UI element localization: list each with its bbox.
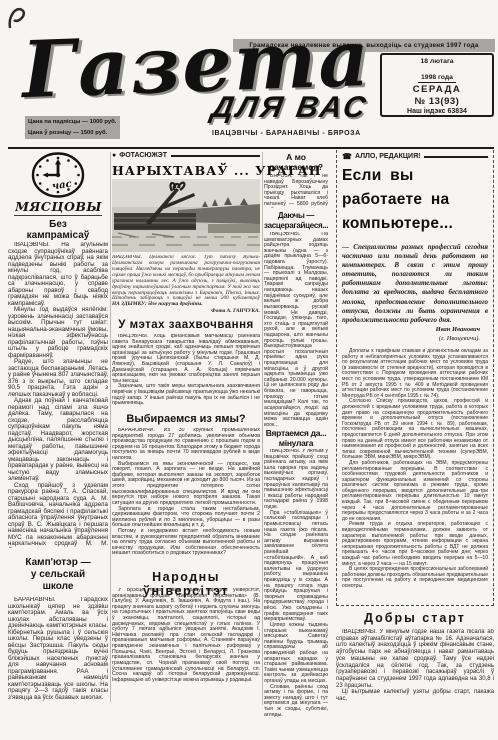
article-title: А мо дачакаемся? [264, 152, 328, 172]
issue-number: № 13(93) [382, 96, 492, 107]
paragraph: Потому и неудержимо встает необходимость… [112, 529, 260, 557]
article-title: У мэтах заахвочвання [112, 319, 260, 331]
signature-name: Иван Иванович [342, 325, 480, 334]
photo-rubric: ● ФОТАСЮЖЭТ [112, 152, 260, 159]
paragraph: БАРАНАВІЧЫ. Гарадскіх школьнікаў цяпер н… [8, 597, 108, 701]
paragraph: Цяпер кожны тыдзень старшыні выканкамаў … [264, 623, 328, 685]
storm-logging-photo [112, 179, 260, 252]
paragraph: Аднак да поўнай і канчатковай перамогі н… [8, 398, 108, 483]
paragraph: БЯРОЗА. Так і не наведаў Бярозаўшчыну Пр… [264, 174, 328, 208]
column-separator [262, 152, 263, 705]
article-title: Без кампрамісаў [18, 219, 98, 241]
paragraph: ІВАЦЭВІЧЫ. На агульным сходзе супрацоўні… [8, 242, 108, 307]
article-body: БЯРОЗА. Так і не наведаў Бярозаўшчыну Пр… [264, 174, 328, 208]
article-title: Добры старт [336, 611, 494, 625]
article-title: Даючы — засцерагайцеся... [264, 211, 328, 230]
main-headline: Если вы работаете на компьютере... [342, 164, 488, 236]
price-box: Цана па падпісцы — 1000 руб. Цана ў розн… [25, 116, 120, 139]
paragraph: Для работников, работающих на ЭВМ, преду… [342, 461, 488, 523]
divider [14, 215, 102, 216]
paragraph: ІВАЦЭВІЧЫ. У мінулым годзе наша газета п… [336, 629, 494, 689]
issue-weekday: СЕРАДА [382, 84, 492, 96]
cities-line: ІВАЦЭВІЧЫ - БАРАНАВІЧЫ - БЯРОЗА [212, 130, 402, 137]
rubric-line [424, 156, 488, 158]
paragraph: Ці вытрымае калектыў узяты добры старт, … [336, 689, 494, 702]
issue-info-box: 18 лютага 1998 года СЕРАДА № 13(93) Наш … [380, 53, 494, 117]
newspaper-page: Грамадскае незалежнае выданне, выходзіць… [0, 0, 498, 740]
article-body: ІВАЦЭВІЧЫ. Хоць фінансавыя магчымасці ра… [112, 334, 260, 411]
editor-answer: Доплаты к тарифным ставкам и должностным… [342, 349, 488, 590]
photo-caption-note: НА ЗДЫМКУ: ідзе нагрузка драўніны. [112, 301, 260, 307]
article-body: БАРАНАВІЧЫ. Гарадскіх школьнікаў цяпер н… [8, 597, 108, 719]
reader-question: — Специалисты разных профессий сегодня ч… [342, 243, 488, 325]
article-body: ІВАЦЭВІЧЫ. У мінулым годзе наша газета п… [336, 629, 494, 715]
paragraph: Сход прайшоў з удзелам пракурора раёна Т… [8, 483, 108, 549]
paragraph: Мінулы год выдаўся нялёгкім: узровень зл… [8, 307, 108, 359]
paragraph: Согласно Списку производств, цехов, проф… [342, 399, 488, 461]
issue-index: Наш індэкс 63834 [382, 107, 492, 117]
article-body: У Брэсце пачаў сваю працу народны ўнівер… [112, 588, 260, 702]
issue-date: 18 лютага [382, 58, 492, 66]
article-title: Вяртаемся да... мінулага [264, 428, 328, 448]
photo-headline: НАРЫХТАВАЎ ... УРАГАН [112, 163, 260, 178]
article-body: БАРАНОВИЧИ. Из 30 крупных промышленных п… [112, 428, 260, 561]
rubric-label: ФОТАСЮЖЭТ [119, 152, 167, 159]
column-separator [110, 152, 111, 702]
issue-year: 1998 года [418, 73, 456, 83]
signature-place: (г. Ивацевичи). [342, 334, 480, 343]
bullet-icon: ● [112, 152, 116, 159]
allo-rubric: ☎ АЛЛО, РЕДАКЦИЯ! [342, 152, 488, 161]
paragraph: Пра «стабілізацыю» ў сельскай гаспадарцы… [264, 511, 328, 623]
paragraph: Зарплата в городе стала таким нестабильн… [112, 507, 260, 529]
price-retail: Цана ў розніцу — 1500 руб. [28, 128, 117, 139]
article-title: Камп'ютэр — у сельскай школе [23, 557, 93, 593]
rubric-label: АЛЛО, РЕДАКЦИЯ! [355, 153, 420, 160]
rubric-line [171, 155, 260, 157]
paragraph: ІВАЦЭВІЧЫ. Хоць фінансавыя магчымасці ра… [112, 334, 260, 384]
paragraph: Режим труда и отдыха операторов, работаю… [342, 522, 488, 567]
photo-credit: Фота А. ГАНЧУКА. [112, 308, 260, 314]
paragraph: БАРАНОВИЧИ. Из 30 крупных промышленных п… [112, 428, 260, 462]
newspaper-logo-subtitle: ДЛЯ ВАС [209, 91, 371, 125]
paragraph: Радуе, што злачынцы не застаюцца беспака… [8, 359, 108, 398]
article-body: ІВАЦЭВІЧЫ. На агульным сходзе супрацоўні… [8, 242, 108, 548]
paragraph: ІВАЦЭВІЧЫ. Па шматкватэрных дамах райцэн… [264, 232, 328, 426]
masthead-rule [8, 147, 494, 149]
paragraph: Выбираемся из ямы экономической — процес… [112, 462, 260, 507]
article-body: ІВАЦЭВІЧЫ. Па шматкватэрных дамах райцэн… [264, 232, 328, 426]
paragraph: Доплаты к тарифным ставкам и должностным… [342, 349, 488, 399]
paragraph: У Брэсце пачаў сваю працу народны ўнівер… [112, 588, 260, 683]
phone-icon: ☎ [342, 152, 352, 161]
local-time-caption: МЯСЦОВЫ [8, 199, 109, 214]
photo-caption: ІВАЦЭВІЧЫ. Целяханскі лясгас. Тут пабліз… [112, 255, 260, 301]
paragraph: Словам, раённы сход актыву і па форме, і… [264, 685, 328, 719]
clock-icon [30, 151, 86, 199]
letter-article-box: ☎ АЛЛО, РЕДАКЦИЯ! Если вы работаете на к… [336, 150, 494, 606]
price-subscription: Цана па падпісцы — 1000 руб. [28, 117, 117, 128]
paragraph: В целях предупреждения профессиональных … [342, 567, 488, 589]
paragraph: ІВАЦЭВІЧЫ. У лютым у Івацэвічах прайшоў … [264, 449, 328, 511]
article-title: Выбираемся из ямы? [112, 413, 260, 425]
article-body: ІВАЦЭВІЧЫ. У лютым у Івацэвічах прайшоў … [264, 449, 328, 737]
paragraph: Зазначым, што такія меры матэрыяльнага з… [112, 384, 260, 406]
